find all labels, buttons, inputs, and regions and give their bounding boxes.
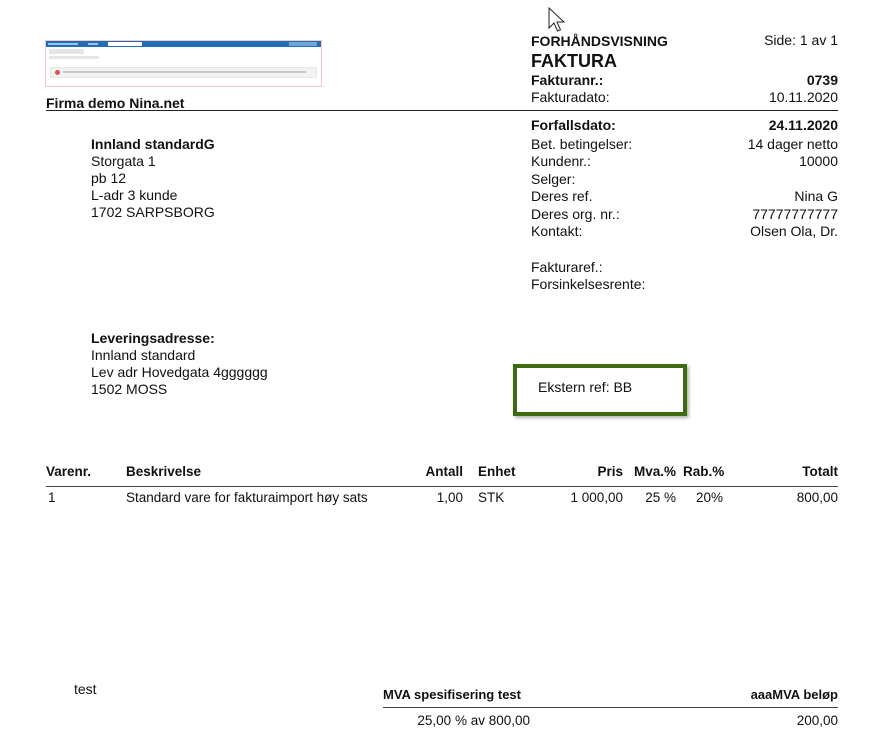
due-date-label: Forfallsdato: <box>531 117 616 134</box>
due-date-value: 24.11.2020 <box>769 117 838 134</box>
vat-amount-header: aaaMVA beløp <box>751 687 838 702</box>
late-interest-row: Forsinkelsesrente: <box>531 276 838 293</box>
cell-antall: 1,00 <box>437 490 463 505</box>
document-title: FAKTURA <box>531 51 617 72</box>
company-name: Firma demo Nina.net <box>46 95 184 111</box>
header-rabatt: Rab.% <box>683 464 724 479</box>
delivery-address-line: 1502 MOSS <box>91 381 268 398</box>
invoice-ref-row: Fakturaref.: <box>531 259 838 276</box>
customer-address-line: L-adr 3 kunde <box>91 187 215 204</box>
table-header-row: Varenr. Beskrivelse Antall Enhet Pris Mv… <box>46 464 838 481</box>
invoice-number-label: Fakturanr.: <box>531 72 603 89</box>
header-pris: Pris <box>597 464 623 479</box>
header-totalt: Totalt <box>802 464 838 479</box>
late-interest-label: Forsinkelsesrente: <box>531 276 645 293</box>
invoice-date-value: 10.11.2020 <box>769 89 838 106</box>
cell-varenr: 1 <box>48 490 56 505</box>
header-mva: Mva.% <box>634 464 676 479</box>
header-varenr: Varenr. <box>46 464 91 479</box>
customer-address-line: Storgata 1 <box>91 153 215 170</box>
seller-row: Selger: <box>531 171 838 188</box>
invoice-number-row: Fakturanr.: 0739 <box>531 72 838 89</box>
external-ref-highlight: Ekstern ref: BB <box>513 364 687 416</box>
delivery-address: Leveringsadresse: Innland standard Lev a… <box>91 330 268 398</box>
contact-row: Kontakt: Olsen Ola, Dr. <box>531 223 838 240</box>
payment-terms-label: Bet. betingelser: <box>531 136 632 153</box>
payment-terms-value: 14 dager netto <box>748 136 838 153</box>
payment-terms-row: Bet. betingelser: 14 dager netto <box>531 136 838 153</box>
invoice-date-label: Fakturadato: <box>531 89 610 106</box>
invoice-number-value: 0739 <box>807 72 838 89</box>
header-beskrivelse: Beskrivelse <box>126 464 201 479</box>
customer-number-value: 10000 <box>799 153 838 170</box>
logo-error-message <box>50 67 317 78</box>
your-ref-value: Nina G <box>794 188 838 205</box>
customer-address-line: 1702 SARPSBORG <box>91 204 215 221</box>
org-number-label: Deres org. nr.: <box>531 206 620 223</box>
cell-totalt: 800,00 <box>797 490 838 505</box>
delivery-address-title: Leveringsadresse: <box>91 330 268 347</box>
delivery-address-line: Lev adr Hovedgata 4gggggg <box>91 364 268 381</box>
table-row: 1 Standard vare for fakturaimport høy sa… <box>46 490 838 507</box>
customer-address-line: pb 12 <box>91 170 215 187</box>
your-ref-row: Deres ref. Nina G <box>531 188 838 205</box>
invoice-ref-label: Fakturaref.: <box>531 259 603 276</box>
invoice-date-row: Fakturadato: 10.11.2020 <box>531 89 838 106</box>
header-antall: Antall <box>425 464 463 479</box>
due-date-row: Forfallsdato: 24.11.2020 <box>531 117 838 134</box>
error-icon <box>55 70 60 75</box>
mouse-cursor-icon <box>548 7 568 35</box>
vat-spec-title: MVA spesifisering test <box>383 687 521 702</box>
customer-number-label: Kundenr.: <box>531 153 591 170</box>
invoice-note: test <box>74 681 97 697</box>
company-logo <box>45 40 322 87</box>
page-info: Side: 1 av 1 <box>764 32 838 48</box>
cell-beskrivelse: Standard vare for fakturaimport høy sats <box>126 490 368 505</box>
invoice-lines-table: Varenr. Beskrivelse Antall Enhet Pris Mv… <box>46 464 838 507</box>
org-number-value: 77777777777 <box>752 206 838 223</box>
logo-browser-bar <box>46 41 321 47</box>
header-enhet: Enhet <box>478 464 516 479</box>
vat-spec-divider <box>383 707 838 708</box>
delivery-address-line: Innland standard <box>91 347 268 364</box>
table-header-divider <box>46 486 838 487</box>
cell-enhet: STK <box>478 490 504 505</box>
contact-value: Olsen Ola, Dr. <box>750 223 838 240</box>
customer-address: Innland standardG Storgata 1 pb 12 L-adr… <box>91 136 215 221</box>
cell-pris: 1 000,00 <box>570 490 623 505</box>
contact-label: Kontakt: <box>531 223 582 240</box>
vat-spec-description: 25,00 % av 800,00 <box>417 713 530 728</box>
customer-number-row: Kundenr.: 10000 <box>531 153 838 170</box>
customer-name: Innland standardG <box>91 136 215 153</box>
cell-mva: 25 % <box>645 490 676 505</box>
vat-spec-amount: 200,00 <box>797 713 838 728</box>
external-ref: Ekstern ref: BB <box>538 379 632 395</box>
seller-label: Selger: <box>531 171 575 188</box>
header-divider <box>46 110 838 111</box>
preview-title: FORHÅNDSVISNING <box>531 33 668 49</box>
org-number-row: Deres org. nr.: 77777777777 <box>531 206 838 223</box>
cell-rabatt: 20% <box>696 490 723 505</box>
your-ref-label: Deres ref. <box>531 188 592 205</box>
